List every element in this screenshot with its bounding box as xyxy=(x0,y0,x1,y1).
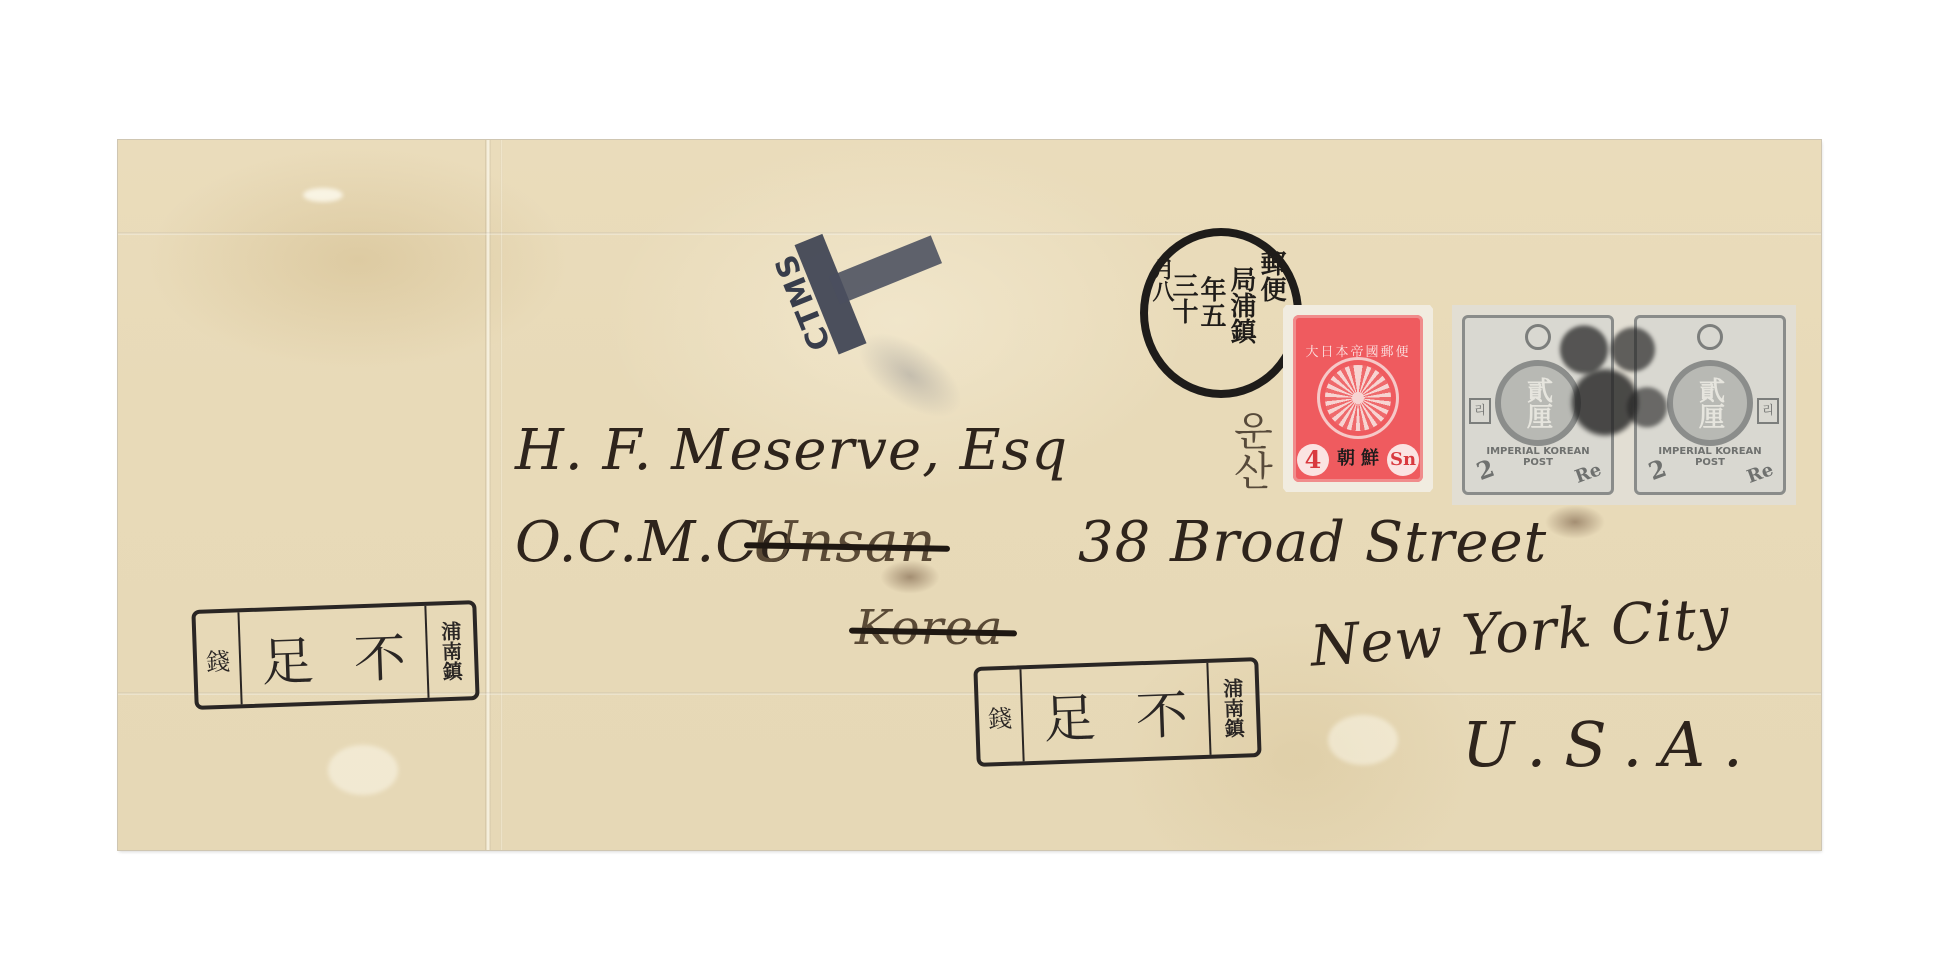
stamp-overprint: 朝鮮 xyxy=(1337,444,1385,470)
due-right-text: 浦南鎮 xyxy=(1206,661,1257,755)
fold-line xyxy=(500,140,503,850)
due-middle: 足 不 xyxy=(1021,663,1209,761)
cork-cancel xyxy=(1535,300,1675,465)
stamp-center-text: 貳厘 xyxy=(1692,377,1729,429)
crease xyxy=(118,232,1821,235)
stamp-roundel: 貳厘 xyxy=(1667,360,1753,446)
paper-stain xyxy=(1328,715,1398,765)
due-char: 不 xyxy=(352,615,407,692)
due-char: 不 xyxy=(1134,672,1189,749)
stamp-value: 4 xyxy=(1297,444,1329,476)
postmark-text: 郵便 xyxy=(1258,250,1284,302)
ink-smear xyxy=(880,560,940,594)
address-street: 38 Broad Street xyxy=(1078,510,1547,575)
postage-due-handstamp: 錢 足 不 浦南鎮 xyxy=(973,657,1261,767)
stamp-side-char: 리 xyxy=(1469,398,1491,424)
postmark-cancel: 郵便 局浦鎮 年五 三十 月八 xyxy=(1140,228,1302,398)
taeguk-icon xyxy=(1697,324,1723,350)
postmark-text: 局浦鎮 xyxy=(1228,266,1254,344)
postmark-text: 月八 xyxy=(1150,258,1172,302)
struck-text: Korea xyxy=(855,600,1003,656)
t-mark-stem xyxy=(829,235,942,304)
paper-stain xyxy=(328,745,398,795)
fold-line xyxy=(485,140,491,850)
postmark-text: 年五 xyxy=(1198,276,1224,328)
due-left-char: 錢 xyxy=(977,669,1024,762)
stamp-inscription: 大日本帝國郵便 xyxy=(1293,341,1423,360)
stamp-value-unit: Sn xyxy=(1387,444,1419,476)
stamp-face: 大日本帝國郵便 4 Sn 朝鮮 xyxy=(1293,315,1423,482)
address-country: U.S.A. xyxy=(1462,708,1761,781)
postage-due-handstamp: 錢 足 不 浦南鎮 xyxy=(191,600,479,710)
ink-smear xyxy=(1545,505,1605,539)
due-left-char: 錢 xyxy=(195,612,242,705)
chrysanthemum-icon xyxy=(1325,365,1391,431)
korean-annotation: 운산 xyxy=(1222,410,1279,490)
due-char: 足 xyxy=(260,618,315,695)
address-struck-korea: Korea xyxy=(855,600,1003,656)
due-right-text: 浦南鎮 xyxy=(424,604,475,698)
due-middle: 足 不 xyxy=(239,606,427,704)
stamp-side-char: 리 xyxy=(1757,398,1779,424)
due-char: 足 xyxy=(1042,675,1097,752)
paper-stain xyxy=(303,188,343,202)
red-4-sen-stamp: 大日本帝國郵便 4 Sn 朝鮮 xyxy=(1283,305,1433,492)
address-recipient: H. F. Meserve, Esq xyxy=(515,418,1068,483)
